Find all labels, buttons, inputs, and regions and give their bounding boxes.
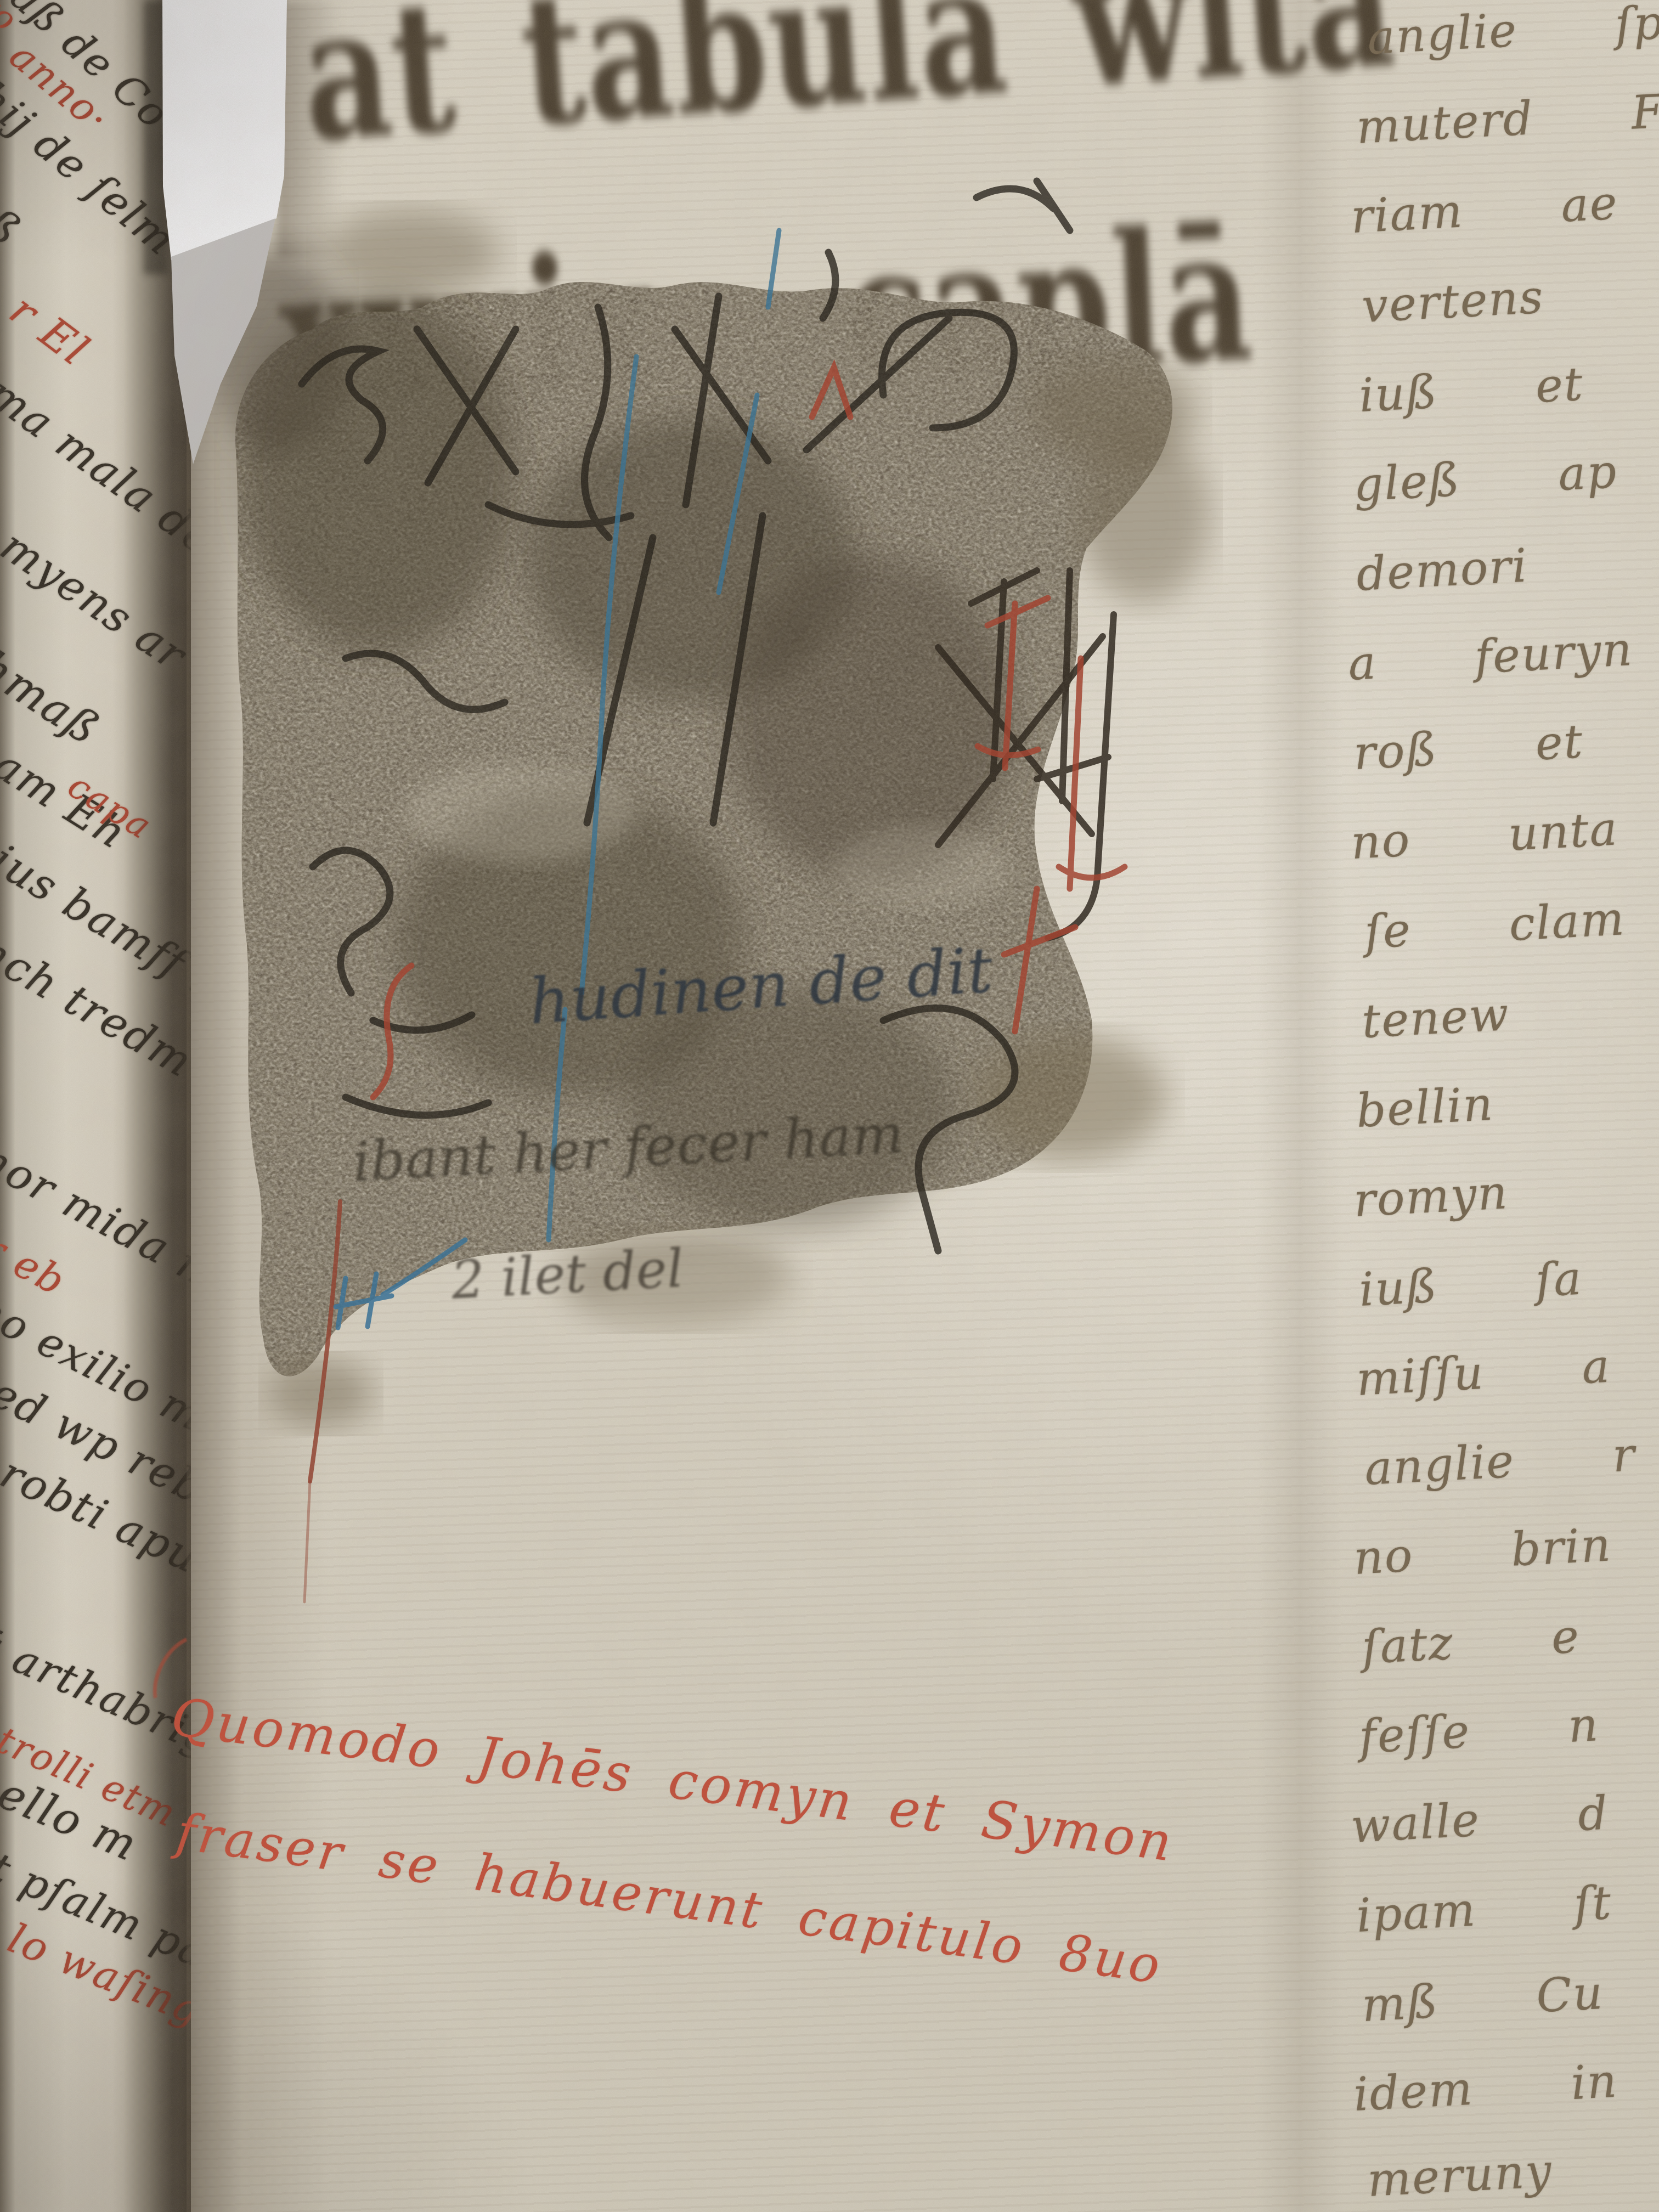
- right-column-line: anglie ſp: [1366, 0, 1659, 65]
- gothic-heading-line1: at tabula wlta: [296, 0, 1401, 183]
- right-column-line: mß Cu: [1361, 1966, 1605, 2032]
- left-page-fragment: nß: [0, 181, 30, 257]
- right-column-line: miſſu a: [1355, 1339, 1612, 1406]
- left-page-fragment: myens ar: [0, 521, 191, 681]
- left-page-fragment: ſhmaß: [0, 631, 109, 755]
- right-column-line: no brin: [1352, 1517, 1613, 1584]
- right-column-line: demori: [1355, 539, 1529, 601]
- right-column-line: vertens: [1361, 270, 1545, 333]
- right-column-line: iuß ſa: [1358, 1251, 1584, 1317]
- right-column-line: feſſe n: [1358, 1697, 1600, 1764]
- right-column-line: ipam ſt: [1355, 1876, 1613, 1943]
- erasure-cursive-fragment: 2 ilet del: [450, 1239, 685, 1311]
- right-column-line: tenew: [1361, 987, 1511, 1048]
- left-page-strip: ro aß de Co anno· thij de ſelm nß r El h…: [0, 0, 191, 2212]
- right-column-line: bellin: [1355, 1077, 1495, 1138]
- right-column-line: ſe clam: [1363, 891, 1627, 959]
- right-column-line: iuß et q: [1358, 350, 1659, 422]
- manuscript-photo: ro aß de Co anno· thij de ſelm nß r El h…: [0, 0, 1659, 2212]
- right-column-line: riam ae: [1350, 176, 1620, 243]
- erasure-smudge-art: [181, 165, 1223, 1701]
- right-column-line: walle d: [1350, 1786, 1610, 1853]
- right-column-line: gleß ap: [1352, 444, 1618, 512]
- right-column-line: romyn: [1352, 1165, 1510, 1227]
- slip-edge-shadow: [144, 0, 168, 274]
- right-column-line: a feuryn: [1347, 622, 1634, 691]
- right-column-line: muterd F: [1355, 84, 1659, 154]
- right-column-line: idem in rey: [1352, 2045, 1659, 2121]
- right-column-line: anglie r: [1363, 1427, 1637, 1496]
- left-page-fragment: r eb: [0, 1223, 74, 1305]
- left-page-fragment: r El: [1, 285, 99, 376]
- right-column-line: roß et ſ: [1352, 708, 1659, 780]
- right-column-line: ſatz e m: [1361, 1602, 1659, 1674]
- right-column-line: no unta: [1350, 802, 1620, 869]
- right-column-line: meruny: [1366, 2143, 1554, 2207]
- page-crease-shading: [1256, 0, 1344, 2212]
